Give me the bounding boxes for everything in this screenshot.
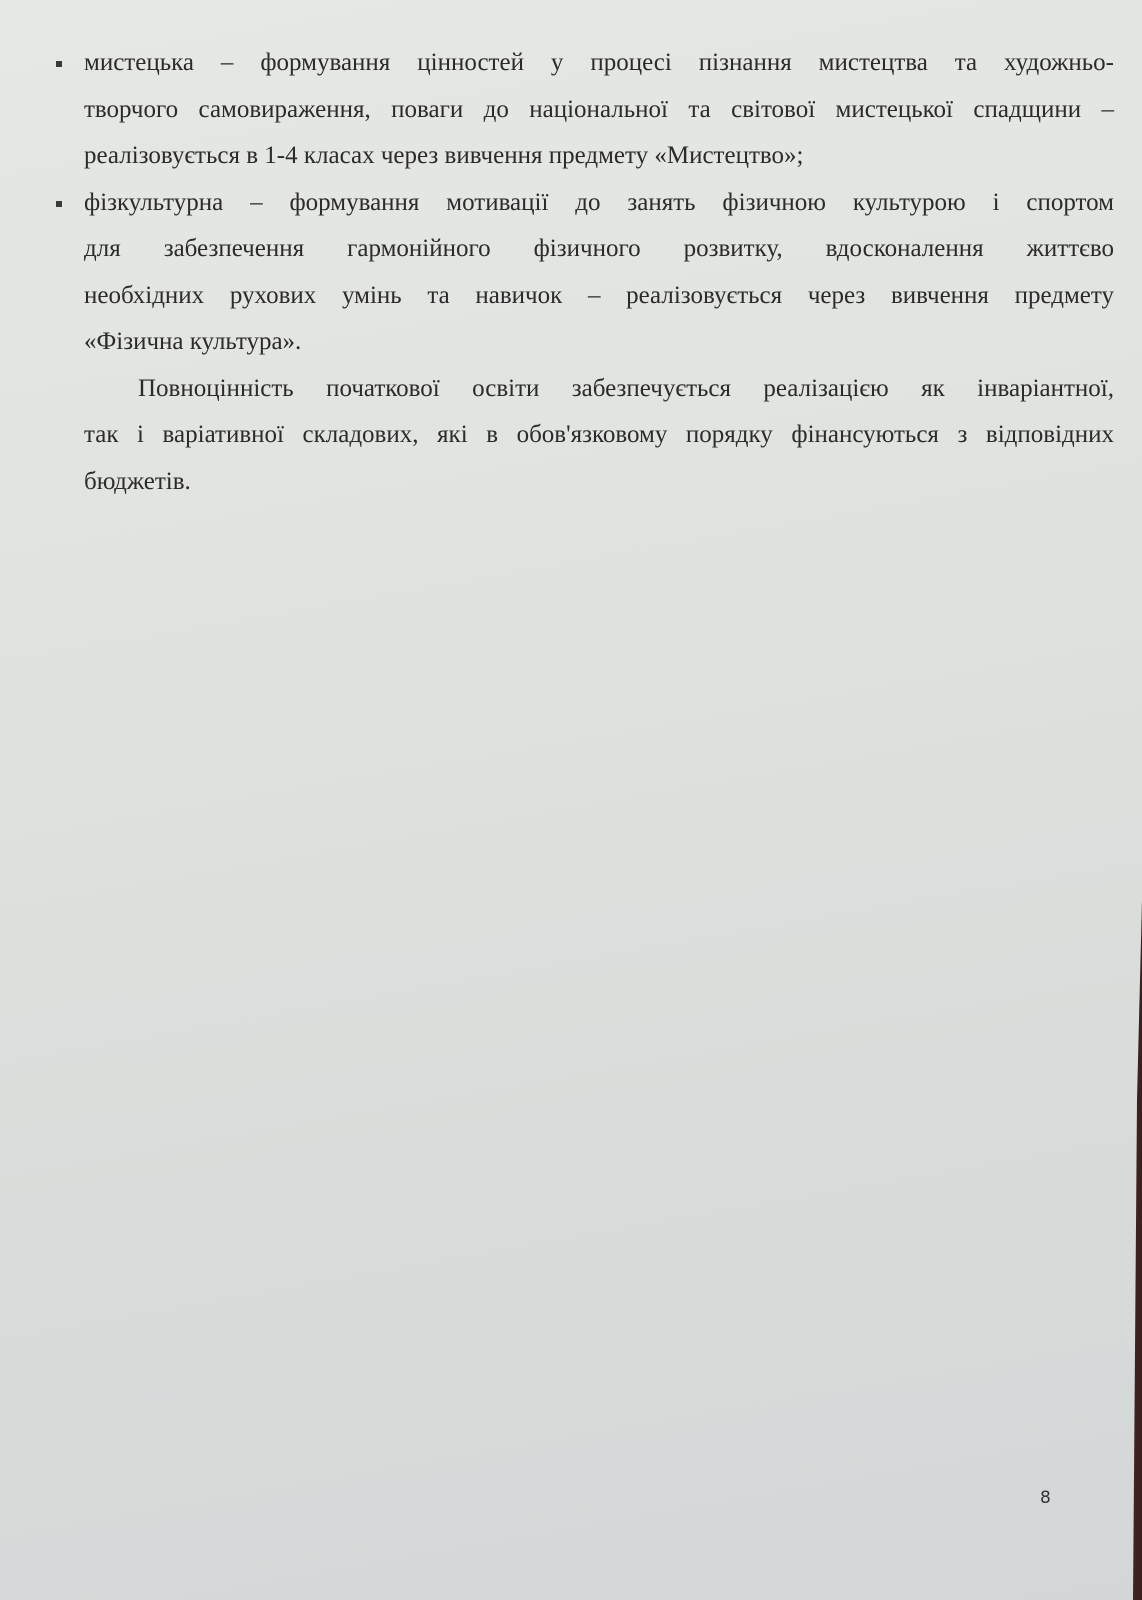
bullet-icon bbox=[56, 61, 62, 67]
text-line: реалізовується в 1-4 класах через вивчен… bbox=[84, 133, 1114, 180]
text-line: Повноцінність початкової освіти забезпеч… bbox=[84, 366, 1114, 413]
list-item-physical-education: фізкультурна – формування мотивації до з… bbox=[56, 180, 1114, 366]
text-line: необхідних рухових умінь та навичок – ре… bbox=[84, 273, 1114, 320]
text-line: фізкультурна – формування мотивації до з… bbox=[84, 180, 1114, 227]
text-line: мистецька – формування цінностей у проце… bbox=[84, 40, 1114, 87]
document-page: мистецька – формування цінностей у проце… bbox=[0, 0, 1142, 1600]
paragraph-funding: Повноцінність початкової освіти забезпеч… bbox=[56, 366, 1114, 506]
text-line: так і варіативної складових, які в обов'… bbox=[84, 412, 1114, 459]
text-line: творчого самовираження, поваги до націон… bbox=[84, 87, 1114, 134]
text-line: бюджетів. bbox=[84, 459, 1114, 506]
text-line: для забезпечення гармонійного фізичного … bbox=[84, 226, 1114, 273]
text-line: «Фізична культура». bbox=[84, 319, 1114, 366]
page-content: мистецька – формування цінностей у проце… bbox=[56, 40, 1114, 505]
page-number: 8 bbox=[1040, 1488, 1051, 1508]
list-item-art: мистецька – формування цінностей у проце… bbox=[56, 40, 1114, 180]
bullet-icon bbox=[56, 201, 62, 207]
